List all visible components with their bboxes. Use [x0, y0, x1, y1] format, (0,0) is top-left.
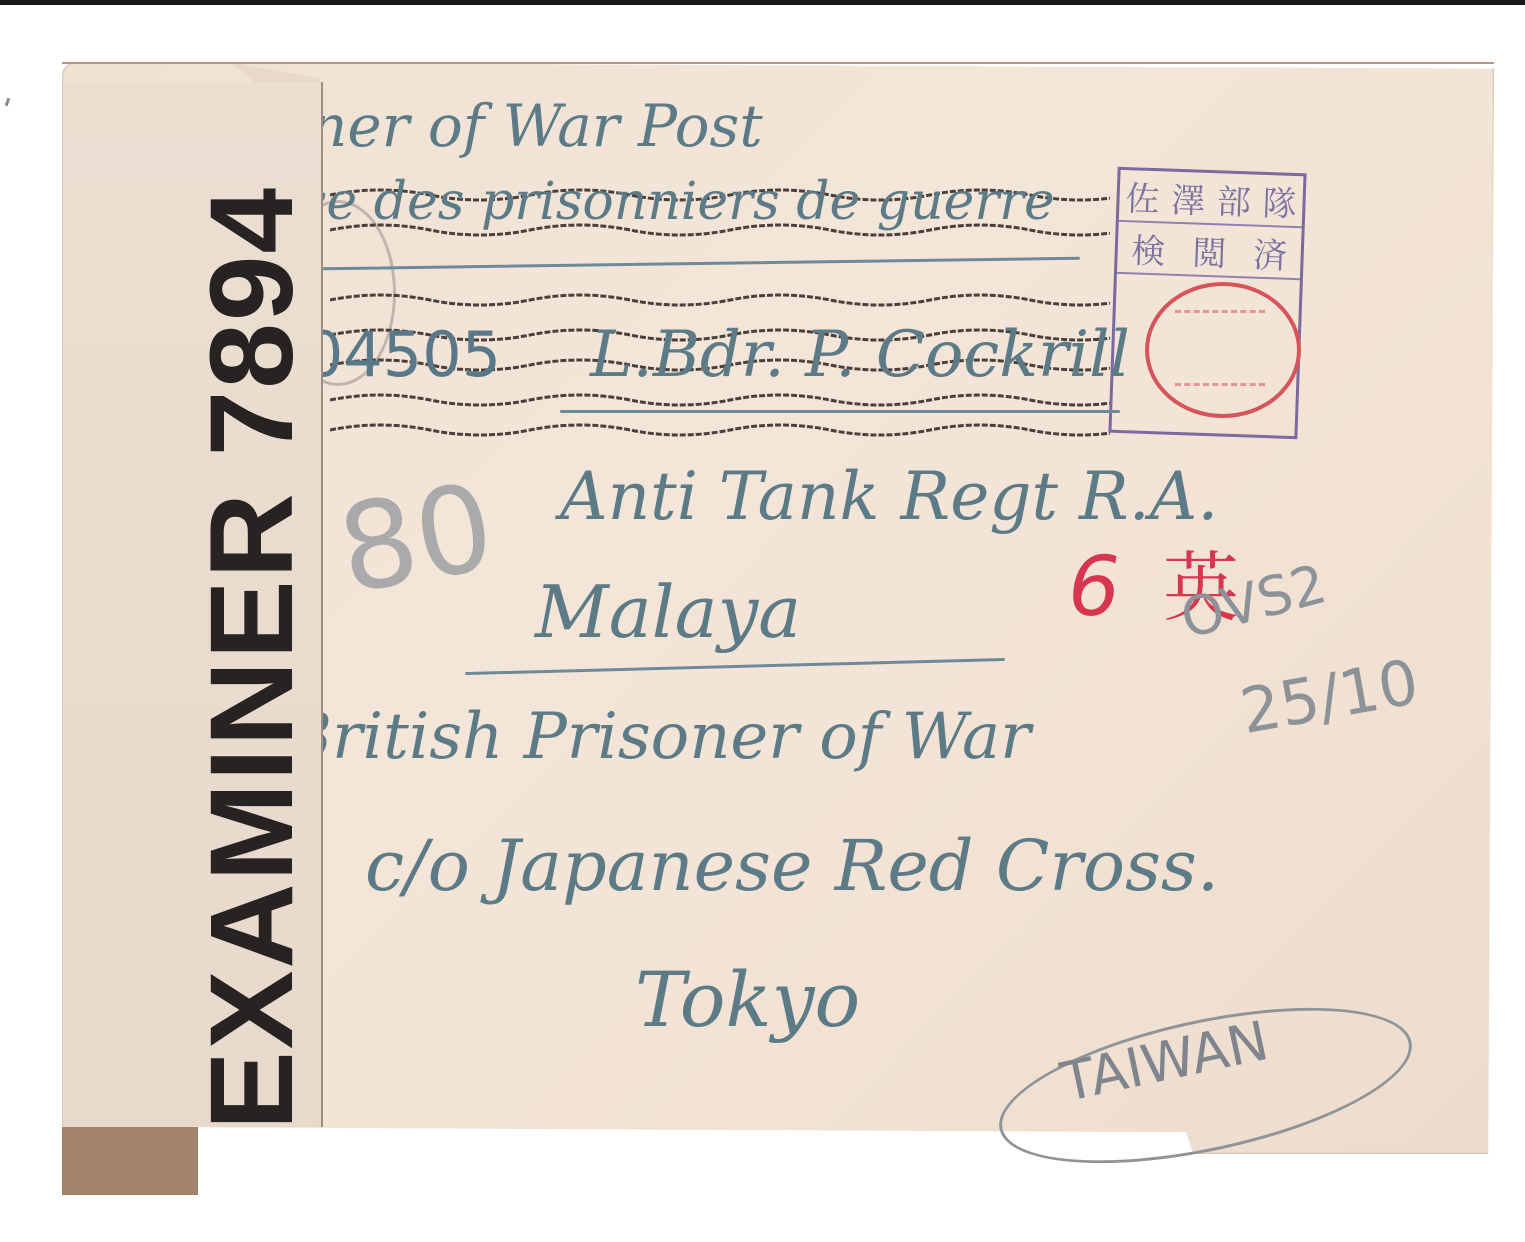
- address-red-cross: c/o Japanese Red Cross.: [365, 825, 1219, 907]
- address-city: Tokyo: [635, 955, 860, 1044]
- chop-char: 佐: [1125, 171, 1161, 221]
- chop-char: 隊: [1262, 175, 1298, 225]
- chop-unit-row: 佐 澤 部 隊: [1119, 170, 1304, 228]
- chop-char: 検: [1131, 223, 1167, 273]
- red-crayon-number: 6: [1068, 540, 1120, 635]
- chop-char: 済: [1252, 227, 1288, 277]
- red-seal-detail: [1175, 310, 1265, 386]
- tape-stain: [62, 1127, 198, 1195]
- addressee-name: L.Bdr. P. Cockrill: [590, 318, 1130, 392]
- machine-cancel-wave: [330, 420, 1110, 440]
- examiner-label: EXAMINER 7894: [193, 186, 311, 1130]
- chop-char: 閲: [1192, 225, 1228, 275]
- address-regiment: Anti Tank Regt R.A.: [560, 458, 1218, 535]
- pencil-number: 80: [329, 458, 504, 621]
- scan-speck: [5, 98, 11, 107]
- chop-char: 部: [1216, 174, 1252, 224]
- machine-cancel-wave: [330, 290, 1110, 310]
- address-country: Malaya: [535, 570, 801, 654]
- address-pow-line: British Prisoner of War: [285, 700, 1031, 774]
- envelope-top-edge: [62, 62, 1494, 64]
- machine-cancel-wave: [330, 390, 1110, 410]
- chop-censored-row: 検 閲 済: [1117, 222, 1302, 280]
- scan-top-border: [0, 0, 1525, 5]
- chop-char: 澤: [1170, 172, 1206, 222]
- name-underline: [560, 410, 1120, 413]
